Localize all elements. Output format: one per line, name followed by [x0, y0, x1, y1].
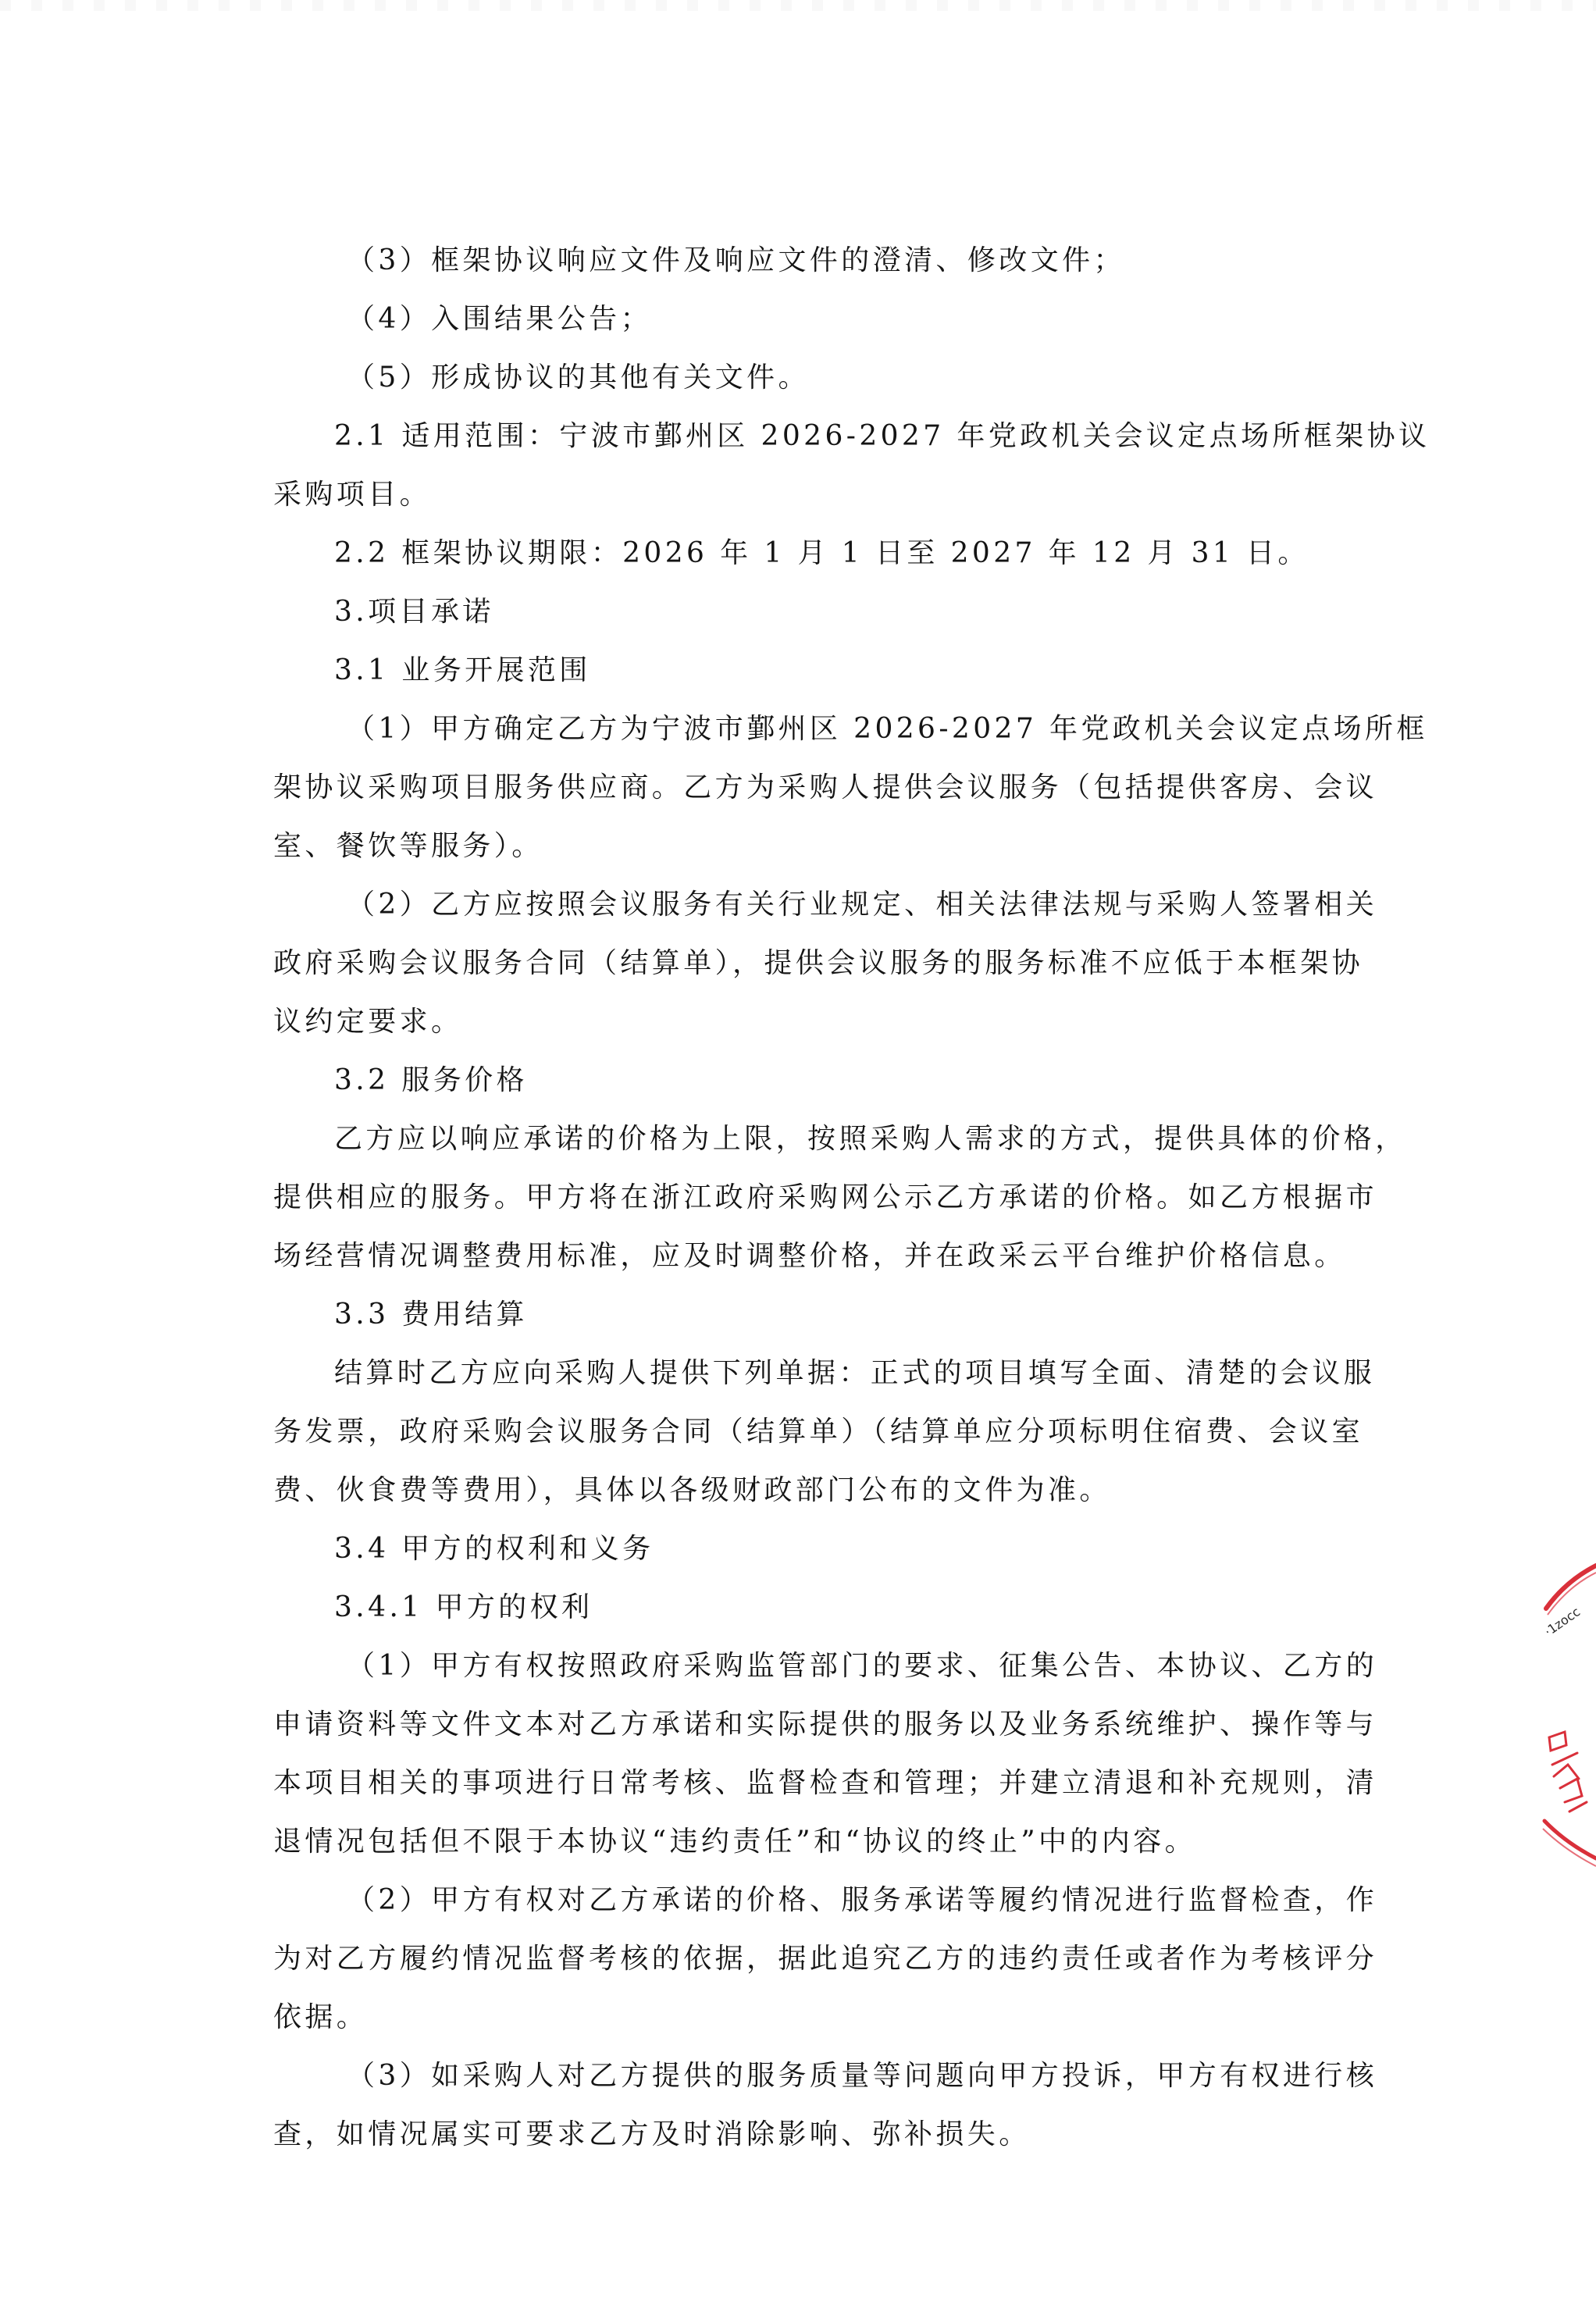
paragraph-3-1-1: （1）甲方确定乙方为宁波市鄞州区 2026-2027 年党政机关会议定点场所框 [347, 700, 1428, 758]
paragraph-3-1-2-cont: 政府采购会议服务合同（结算单），提供会议服务的服务标准不应低于本框架协 [273, 934, 1363, 992]
paragraph-3-3: 结算时乙方应向采购人提供下列单据：正式的项目填写全面、清楚的会议服 [334, 1344, 1375, 1402]
paragraph-3-4-1-2: （2）甲方有权对乙方承诺的价格、服务承诺等履约情况进行监督检查，作 [347, 1871, 1377, 1929]
paragraph-3-4-1-1-cont: 退情况包括但不限于本协议“违约责任”和“协议的终止”中的内容。 [273, 1812, 1196, 1871]
paragraph-3-2-cont: 场经营情况调整费用标准，应及时调整价格，并在政采云平台维护价格信息。 [273, 1227, 1346, 1285]
paragraph-3-4-1-2-cont: 依据。 [273, 1988, 368, 2047]
section-heading-3-3: 3.3 费用结算 [334, 1285, 528, 1344]
paragraph-3-3-cont: 务发票，政府采购会议服务合同（结算单）（结算单应分项标明住宿费、会议室 [273, 1402, 1363, 1461]
paragraph-3-1-2: （2）乙方应按照会议服务有关行业规定、相关法律法规与采购人签署相关 [347, 875, 1377, 934]
clause-2-1-cont: 采购项目。 [273, 465, 431, 524]
paragraph-3-1-1-cont: 架协议采购项目服务供应商。乙方为采购人提供会议服务（包括提供客房、会议 [273, 758, 1377, 817]
clause-2-1: 2.1 适用范围：宁波市鄞州区 2026-2027 年党政机关会议定点场所框架协… [334, 407, 1430, 465]
seal-stamp-fragment: ·1zocc [1530, 1530, 1596, 1905]
paragraph-3-4-1-1-cont: 申请资料等文件文本对乙方承诺和实际提供的服务以及业务系统维护、操作等与 [273, 1695, 1377, 1754]
section-heading-3-2: 3.2 服务价格 [334, 1051, 528, 1110]
section-heading-3-4-1: 3.4.1 甲方的权利 [334, 1578, 593, 1637]
paragraph-3-1-1-cont: 室、餐饮等服务）。 [273, 817, 543, 875]
list-item-3: （3）框架协议响应文件及响应文件的澄清、修改文件； [347, 231, 1125, 290]
paragraph-3-4-1-2-cont: 为对乙方履约情况监督考核的依据，据此追究乙方的违约责任或者作为考核评分 [273, 1929, 1377, 1988]
paragraph-3-4-1-1-cont: 本项目相关的事项进行日常考核、监督检查和管理；并建立清退和补充规则，清 [273, 1754, 1377, 1812]
paragraph-3-1-2-cont: 议约定要求。 [273, 992, 462, 1051]
paragraph-3-2: 乙方应以响应承诺的价格为上限，按照采购人需求的方式，提供具体的价格， [334, 1110, 1407, 1168]
paragraph-3-2-cont: 提供相应的服务。甲方将在浙江政府采购网公示乙方承诺的价格。如乙方根据市 [273, 1168, 1377, 1227]
paragraph-3-4-1-3: （3）如采购人对乙方提供的服务质量等问题向甲方投诉，甲方有权进行核 [347, 2047, 1377, 2105]
paragraph-3-4-1-3-cont: 查，如情况属实可要求乙方及时消除影响、弥补损失。 [273, 2105, 1031, 2164]
section-heading-3: 3.项目承诺 [334, 582, 494, 641]
clause-2-2: 2.2 框架协议期限：2026 年 1 月 1 日至 2027 年 12 月 3… [334, 524, 1309, 582]
section-heading-3-1: 3.1 业务开展范围 [334, 641, 591, 700]
document-page: （3）框架协议响应文件及响应文件的澄清、修改文件； （4）入围结果公告； （5）… [0, 0, 1596, 2305]
section-heading-3-4: 3.4 甲方的权利和义务 [334, 1519, 654, 1578]
seal-icon: ·1zocc [1530, 1530, 1596, 1905]
paragraph-3-3-cont: 费、伙食费等费用），具体以各级财政部门公布的文件为准。 [273, 1461, 1111, 1519]
list-item-4: （4）入围结果公告； [347, 290, 652, 348]
list-item-5: （5）形成协议的其他有关文件。 [347, 348, 810, 407]
paragraph-3-4-1-1: （1）甲方有权按照政府采购监管部门的要求、征集公告、本协议、乙方的 [347, 1637, 1377, 1695]
